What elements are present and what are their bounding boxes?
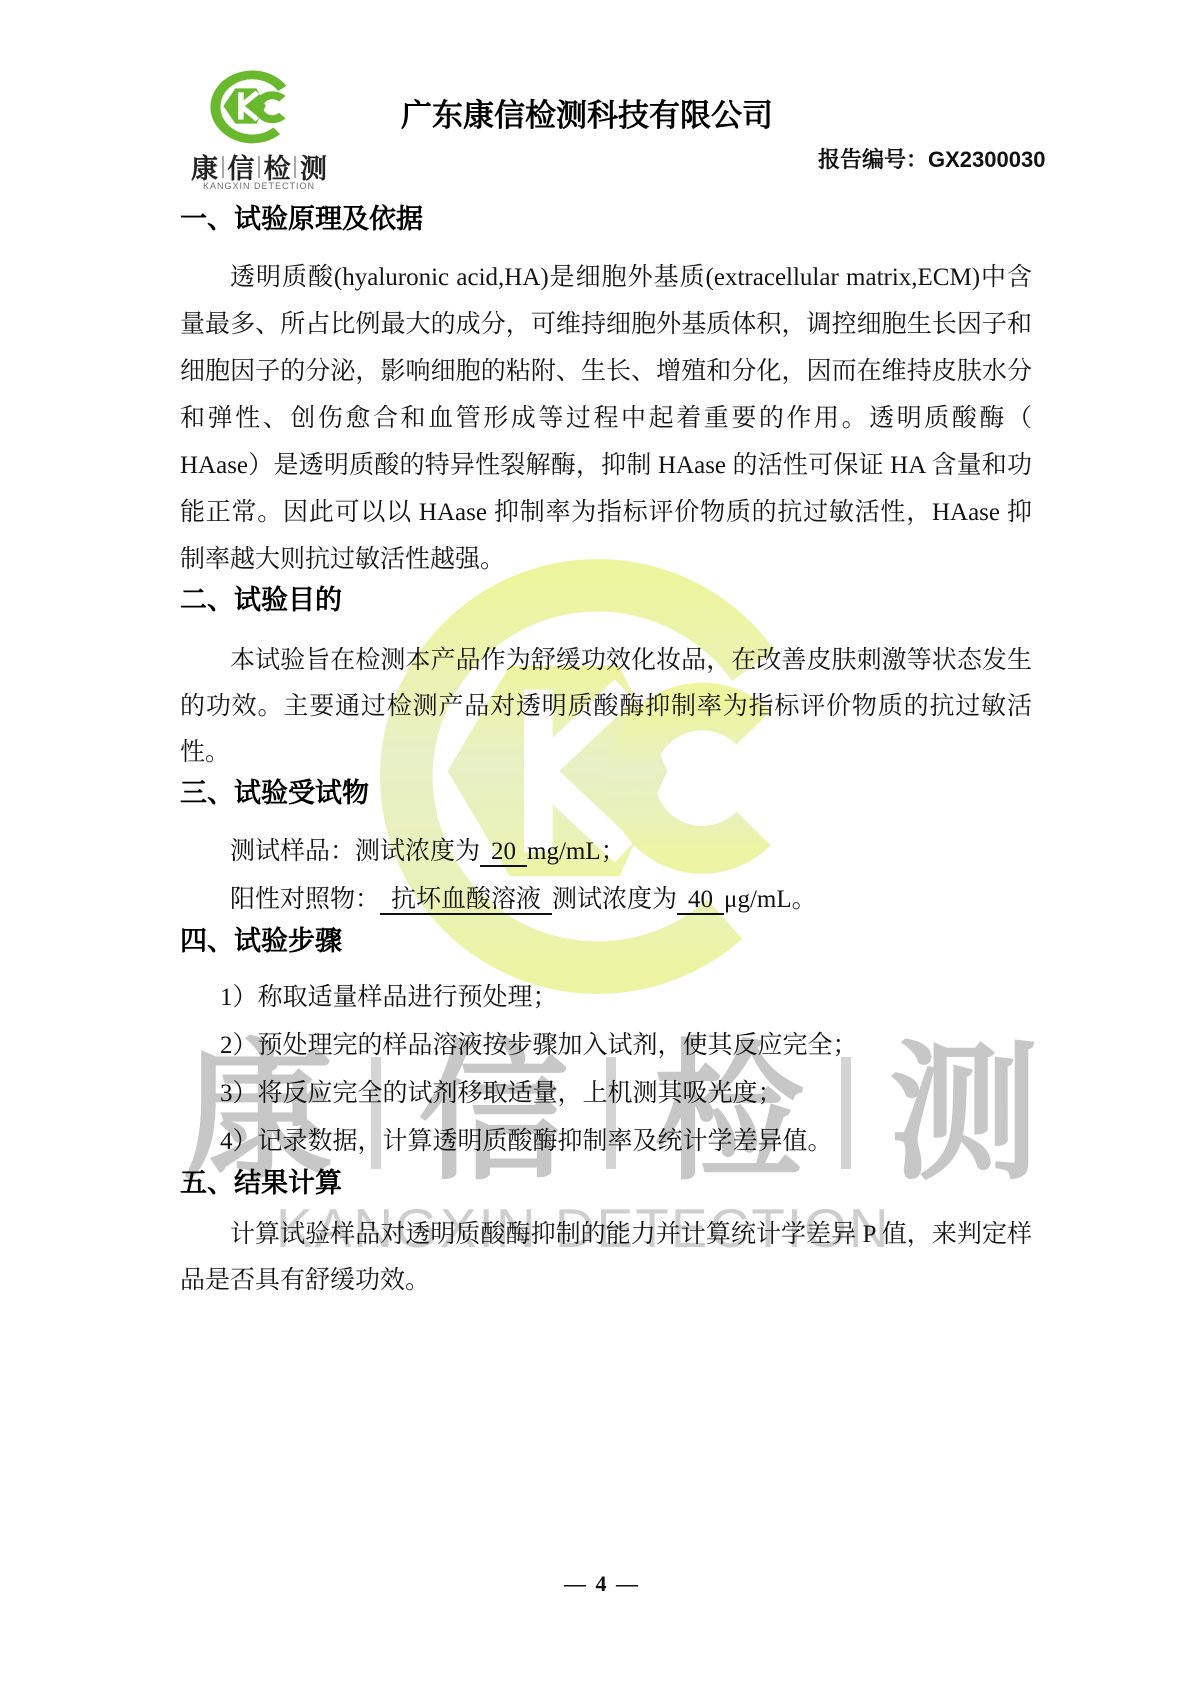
- step-item: 3）将反应完全的试剂移取适量，上机测其吸光度；: [220, 1070, 1032, 1118]
- report-number: 报告编号：GX2300030: [818, 143, 1045, 174]
- positive-control-unit: μg/mL。: [724, 886, 817, 913]
- section-1-heading: 一、试验原理及依据: [180, 202, 1032, 236]
- section-5-paragraph: 计算试验样品对透明质酸酶抑制的能力并计算统计学差异 P 值，来判定样品是否具有舒…: [180, 1212, 1032, 1304]
- test-sample-line: 测试样品：测试浓度为20mg/mL；: [230, 828, 1032, 876]
- test-sample-unit: mg/mL；: [527, 838, 626, 865]
- section-2-paragraph: 本试验旨在检测本产品作为舒缓功效化妆品，在改善皮肤刺激等状态发生的功效。主要通过…: [180, 638, 1032, 776]
- report-body: 一、试验原理及依据 透明质酸(hyaluronic acid,HA)是细胞外基质…: [180, 202, 1032, 1304]
- positive-control-line: 阳性对照物：抗坏血酸溶液测试浓度为40μg/mL。: [230, 876, 1032, 924]
- steps-list: 1）称取适量样品进行预处理； 2）预处理完的样品溶液按步骤加入试剂，使其反应完全…: [180, 974, 1032, 1166]
- report-page: 康 信 检 测 KANGXIN DETECTION 康 信 检 测 KANGXI…: [0, 0, 1204, 1701]
- section-2-heading: 二、试验目的: [180, 583, 1032, 617]
- logo-divider: [222, 156, 224, 178]
- section-3-heading: 三、试验受试物: [180, 776, 1032, 810]
- step-item: 4）记录数据，计算透明质酸酶抑制率及统计学差异值。: [220, 1118, 1032, 1166]
- step-item: 1）称取适量样品进行预处理；: [220, 974, 1032, 1022]
- section-5-heading: 五、结果计算: [180, 1166, 1032, 1200]
- test-sample-concentration-value: 20: [480, 838, 527, 867]
- section-4-heading: 四、试验步骤: [180, 924, 1032, 958]
- report-number-value: GX2300030: [928, 147, 1045, 172]
- report-number-label: 报告编号：: [818, 147, 928, 172]
- page-number: — 4 —: [0, 1571, 1204, 1597]
- section-1-paragraph: 透明质酸(hyaluronic acid,HA)是细胞外基质(extracell…: [180, 254, 1032, 583]
- positive-control-substance-value: 抗坏血酸溶液: [380, 886, 552, 915]
- positive-control-concentration-value: 40: [677, 886, 724, 915]
- test-sample-text: 测试样品：测试浓度为: [230, 838, 480, 865]
- page-title: 广东康信检测科技有限公司: [0, 90, 1174, 135]
- logo-divider: [258, 156, 260, 178]
- positive-control-text: 测试浓度为: [552, 886, 677, 913]
- step-item: 2）预处理完的样品溶液按步骤加入试剂，使其反应完全；: [220, 1022, 1032, 1070]
- test-subjects: 测试样品：测试浓度为20mg/mL； 阳性对照物：抗坏血酸溶液测试浓度为40μg…: [180, 828, 1032, 924]
- positive-control-label: 阳性对照物：: [230, 886, 380, 913]
- logo-divider: [294, 156, 296, 178]
- company-logo-subtitle: KANGXIN DETECTION: [191, 181, 327, 191]
